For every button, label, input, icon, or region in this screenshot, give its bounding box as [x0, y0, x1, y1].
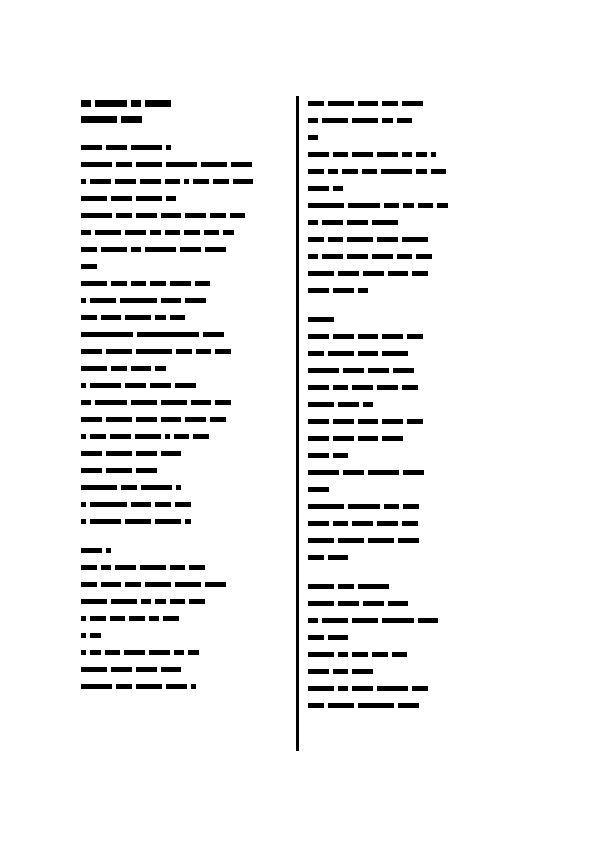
greeked-word: [348, 504, 379, 509]
greeked-word: [372, 254, 393, 259]
greeked-word: [125, 230, 146, 235]
greeked-word: [416, 169, 426, 174]
greeked-word: [185, 417, 206, 422]
greeked-word: [81, 116, 117, 123]
greeked-word: [81, 633, 86, 638]
greeked-word: [174, 650, 184, 655]
greeked-word: [308, 317, 334, 322]
greeked-word: [338, 686, 348, 691]
greeked-word: [125, 315, 151, 320]
greeked-word: [352, 118, 378, 123]
section-heading: [81, 547, 291, 553]
greeked-word: [81, 417, 102, 422]
greeked-word: [347, 254, 368, 259]
greeked-word: [308, 203, 344, 208]
greeked-word: [333, 436, 354, 441]
text-line: [81, 564, 291, 570]
greeked-word: [161, 667, 182, 672]
greeked-word: [180, 247, 201, 252]
greeked-word: [131, 400, 157, 405]
greeked-word: [352, 385, 373, 390]
greeked-word: [382, 351, 408, 356]
greeked-word: [106, 349, 132, 354]
greeked-word: [333, 288, 354, 293]
greeked-word: [81, 400, 91, 405]
greeked-word: [170, 281, 191, 286]
text-line: [308, 486, 513, 492]
greeked-word: [402, 152, 412, 157]
greeked-word: [166, 145, 171, 150]
text-line: [308, 401, 513, 407]
text-line: [308, 168, 513, 174]
paper-title: [81, 100, 291, 123]
greeked-word: [81, 179, 86, 184]
greeked-word: [81, 684, 112, 689]
greeked-word: [308, 135, 318, 140]
greeked-word: [308, 487, 329, 492]
greeked-word: [111, 196, 132, 201]
paragraph: [81, 649, 291, 689]
greeked-word: [333, 669, 349, 674]
greeked-word: [397, 254, 413, 259]
greeked-word: [308, 538, 334, 543]
greeked-word: [115, 179, 136, 184]
text-line: [81, 632, 291, 638]
greeked-word: [121, 485, 137, 490]
greeked-word: [136, 667, 157, 672]
greeked-word: [363, 271, 384, 276]
section-gap: [81, 535, 291, 547]
text-line: [308, 350, 513, 356]
greeked-word: [418, 203, 434, 208]
greeked-word: [392, 652, 408, 657]
text-line: [308, 151, 513, 157]
greeked-word: [338, 402, 359, 407]
greeked-word: [90, 298, 116, 303]
greeked-word: [115, 565, 136, 570]
greeked-word: [125, 383, 146, 388]
greeked-word: [191, 684, 196, 689]
greeked-word: [215, 400, 231, 405]
greeked-word: [185, 298, 206, 303]
greeked-word: [136, 468, 157, 473]
greeked-word: [106, 145, 127, 150]
greeked-word: [377, 237, 398, 242]
greeked-word: [352, 618, 378, 623]
greeked-word: [308, 169, 324, 174]
greeked-word: [101, 247, 127, 252]
greeked-word: [431, 152, 436, 157]
greeked-word: [322, 254, 343, 259]
greeked-word: [141, 599, 151, 604]
greeked-word: [382, 118, 392, 123]
greeked-word: [418, 618, 439, 623]
greeked-word: [402, 521, 418, 526]
greeked-word: [382, 436, 403, 441]
greeked-word: [121, 116, 142, 123]
greeked-word: [81, 315, 97, 320]
greeked-word: [358, 436, 379, 441]
greeked-word: [362, 169, 378, 174]
text-line: [308, 134, 513, 140]
text-line: [308, 617, 513, 623]
greeked-word: [150, 281, 166, 286]
greeked-word: [193, 179, 209, 184]
greeked-word: [110, 434, 131, 439]
paragraph: [308, 469, 513, 492]
greeked-word: [136, 417, 157, 422]
greeked-word: [140, 565, 166, 570]
text-line: [81, 195, 291, 201]
greeked-word: [338, 652, 348, 657]
greeked-word: [150, 230, 160, 235]
greeked-word: [308, 652, 334, 657]
greeked-word: [407, 419, 423, 424]
greeked-word: [403, 203, 413, 208]
greeked-word: [358, 101, 379, 106]
greeked-word: [195, 281, 211, 286]
greeked-word: [111, 366, 127, 371]
greeked-word: [402, 385, 418, 390]
greeked-word: [95, 230, 121, 235]
greeked-word: [377, 686, 408, 691]
greeked-word: [382, 101, 398, 106]
text-line: [81, 450, 291, 456]
text-line: [81, 297, 291, 303]
paragraph: [81, 161, 291, 201]
greeked-word: [196, 349, 212, 354]
greeked-word: [308, 601, 334, 606]
text-line: [81, 416, 291, 422]
greeked-word: [95, 400, 126, 405]
greeked-word: [145, 582, 171, 587]
section-heading: [308, 583, 513, 589]
greeked-word: [184, 230, 200, 235]
greeked-word: [412, 271, 428, 276]
greeked-word: [358, 584, 389, 589]
greeked-word: [431, 169, 447, 174]
greeked-word: [101, 565, 111, 570]
greeked-word: [328, 703, 354, 708]
text-line: [308, 537, 513, 543]
greeked-word: [403, 504, 419, 509]
greeked-word: [388, 271, 409, 276]
greeked-word: [333, 334, 354, 339]
greeked-word: [308, 254, 318, 259]
text-line: [81, 161, 291, 167]
text-line: [308, 503, 513, 509]
greeked-word: [358, 703, 394, 708]
greeked-word: [90, 650, 100, 655]
greeked-word: [398, 703, 419, 708]
text-line: [81, 683, 291, 689]
greeked-word: [328, 635, 349, 640]
greeked-word: [161, 213, 182, 218]
greeked-word: [204, 230, 220, 235]
greeked-word: [175, 383, 196, 388]
greeked-word: [81, 519, 86, 524]
greeked-word: [101, 582, 122, 587]
text-line: [308, 316, 513, 322]
text-line: [308, 270, 513, 276]
greeked-word: [141, 485, 172, 490]
greeked-word: [111, 281, 127, 286]
greeked-word: [81, 162, 112, 167]
greeked-word: [81, 468, 102, 473]
text-line: [81, 263, 291, 269]
greeked-word: [106, 468, 132, 473]
greeked-word: [90, 179, 111, 184]
greeked-word: [352, 669, 373, 674]
greeked-word: [135, 434, 161, 439]
paragraph: [308, 418, 513, 458]
greeked-word: [125, 519, 151, 524]
greeked-word: [402, 237, 428, 242]
greeked-word: [382, 419, 403, 424]
text-line: [308, 333, 513, 339]
paragraph: [81, 331, 291, 371]
greeked-word: [155, 366, 165, 371]
greeked-word: [358, 419, 379, 424]
greeked-word: [166, 684, 187, 689]
text-line: [308, 117, 513, 123]
section-gap: [81, 132, 291, 144]
greeked-word: [338, 601, 359, 606]
greeked-word: [322, 618, 348, 623]
greeked-word: [81, 565, 97, 570]
greeked-word: [308, 436, 329, 441]
greeked-word: [137, 332, 199, 337]
greeked-word: [308, 118, 318, 123]
greeked-word: [149, 616, 159, 621]
greeked-word: [343, 368, 364, 373]
greeked-word: [308, 101, 324, 106]
greeked-word: [81, 213, 112, 218]
text-line: [81, 382, 291, 388]
greeked-word: [111, 599, 137, 604]
text-line: [308, 435, 513, 441]
text-line: [308, 583, 513, 589]
greeked-word: [189, 599, 205, 604]
greeked-word: [166, 162, 197, 167]
text-line: [81, 144, 291, 150]
text-line: [308, 367, 513, 373]
greeked-word: [116, 162, 132, 167]
paragraph: [81, 212, 291, 269]
greeked-word: [416, 152, 426, 157]
document-page: [0, 0, 595, 842]
greeked-word: [90, 519, 121, 524]
greeked-word: [308, 504, 344, 509]
greeked-word: [333, 152, 349, 157]
greeked-word: [308, 288, 329, 293]
greeked-word: [136, 196, 162, 201]
greeked-word: [210, 417, 226, 422]
greeked-word: [368, 368, 389, 373]
greeked-word: [155, 519, 181, 524]
greeked-word: [377, 521, 398, 526]
greeked-word: [215, 349, 231, 354]
greeked-word: [230, 213, 246, 218]
greeked-word: [136, 451, 157, 456]
text-line: [308, 202, 513, 208]
greeked-word: [161, 400, 187, 405]
greeked-word: [161, 451, 182, 456]
greeked-word: [384, 203, 400, 208]
text-line: [81, 581, 291, 587]
greeked-word: [308, 419, 329, 424]
greeked-word: [176, 485, 181, 490]
greeked-word: [328, 351, 354, 356]
greeked-word: [308, 402, 334, 407]
greeked-word: [328, 237, 344, 242]
greeked-word: [388, 601, 409, 606]
greeked-word: [338, 271, 359, 276]
greeked-word: [174, 434, 190, 439]
section-heading: [308, 316, 513, 322]
greeked-word: [136, 213, 157, 218]
greeked-word: [110, 616, 126, 621]
greeked-word: [81, 502, 86, 507]
greeked-word: [403, 470, 424, 475]
greeked-word: [191, 400, 212, 405]
section-heading: [81, 144, 291, 150]
paragraph: [308, 503, 513, 560]
greeked-word: [328, 555, 349, 560]
greeked-word: [81, 230, 91, 235]
greeked-word: [165, 434, 170, 439]
paragraph: [81, 484, 291, 524]
greeked-word: [328, 169, 338, 174]
greeked-word: [175, 502, 191, 507]
greeked-word: [397, 118, 413, 123]
greeked-word: [90, 633, 100, 638]
right-column: [308, 100, 513, 719]
greeked-word: [81, 264, 97, 269]
paragraph: [308, 685, 513, 708]
greeked-word: [81, 485, 117, 490]
text-line: [81, 615, 291, 621]
paragraph: [308, 100, 513, 140]
greeked-word: [155, 315, 165, 320]
greeked-word: [145, 247, 176, 252]
greeked-word: [81, 582, 97, 587]
greeked-word: [185, 213, 206, 218]
greeked-word: [176, 349, 192, 354]
text-line: [81, 518, 291, 524]
greeked-word: [308, 385, 329, 390]
greeked-word: [81, 667, 107, 672]
greeked-word: [402, 101, 423, 106]
paragraph: [308, 333, 513, 407]
paragraph: [308, 651, 513, 674]
greeked-word: [170, 599, 186, 604]
greeked-word: [81, 145, 102, 150]
greeked-word: [150, 383, 171, 388]
greeked-word: [352, 521, 373, 526]
text-line: [81, 666, 291, 672]
left-column: [81, 100, 291, 700]
greeked-word: [416, 254, 432, 259]
greeked-word: [308, 453, 329, 458]
greeked-word: [358, 288, 368, 293]
greeked-word: [116, 213, 132, 218]
greeked-word: [81, 247, 97, 252]
greeked-word: [308, 703, 324, 708]
greeked-word: [352, 152, 373, 157]
text-line: [308, 219, 513, 225]
greeked-word: [131, 145, 162, 150]
text-line: [81, 178, 291, 184]
greeked-word: [149, 650, 170, 655]
greeked-word: [398, 538, 419, 543]
greeked-word: [163, 616, 179, 621]
greeked-word: [368, 538, 394, 543]
paragraph: [81, 564, 291, 638]
text-line: [308, 651, 513, 657]
greeked-word: [338, 584, 354, 589]
greeked-word: [347, 220, 368, 225]
text-line: [81, 501, 291, 507]
text-line: [81, 547, 291, 553]
greeked-word: [328, 101, 354, 106]
greeked-word: [106, 417, 132, 422]
text-line: [81, 229, 291, 235]
greeked-word: [308, 686, 334, 691]
greeked-word: [407, 334, 423, 339]
greeked-word: [125, 582, 141, 587]
greeked-word: [184, 179, 189, 184]
greeked-word: [342, 169, 358, 174]
greeked-word: [333, 385, 349, 390]
text-line: [81, 348, 291, 354]
text-line: [81, 649, 291, 655]
greeked-word: [120, 298, 156, 303]
text-line: [308, 469, 513, 475]
greeked-word: [333, 521, 349, 526]
greeked-word: [155, 502, 171, 507]
greeked-word: [136, 684, 162, 689]
greeked-word: [81, 281, 107, 286]
greeked-word: [145, 100, 171, 107]
text-line: [308, 100, 513, 106]
greeked-word: [382, 334, 403, 339]
text-line: [308, 185, 513, 191]
greeked-word: [377, 152, 398, 157]
text-line: [81, 399, 291, 405]
greeked-word: [165, 179, 181, 184]
greeked-word: [205, 247, 226, 252]
text-line: [308, 236, 513, 242]
greeked-word: [352, 686, 373, 691]
greeked-word: [308, 351, 324, 356]
greeked-word: [101, 315, 122, 320]
text-line: [308, 668, 513, 674]
text-line: [308, 452, 513, 458]
greeked-word: [308, 470, 339, 475]
greeked-word: [437, 203, 447, 208]
text-line: [308, 600, 513, 606]
greeked-word: [131, 247, 141, 252]
greeked-word: [308, 618, 318, 623]
text-line: [308, 384, 513, 390]
greeked-word: [90, 383, 121, 388]
greeked-word: [131, 366, 152, 371]
greeked-word: [381, 169, 412, 174]
greeked-word: [170, 565, 186, 570]
greeked-word: [348, 203, 379, 208]
greeked-word: [333, 186, 343, 191]
